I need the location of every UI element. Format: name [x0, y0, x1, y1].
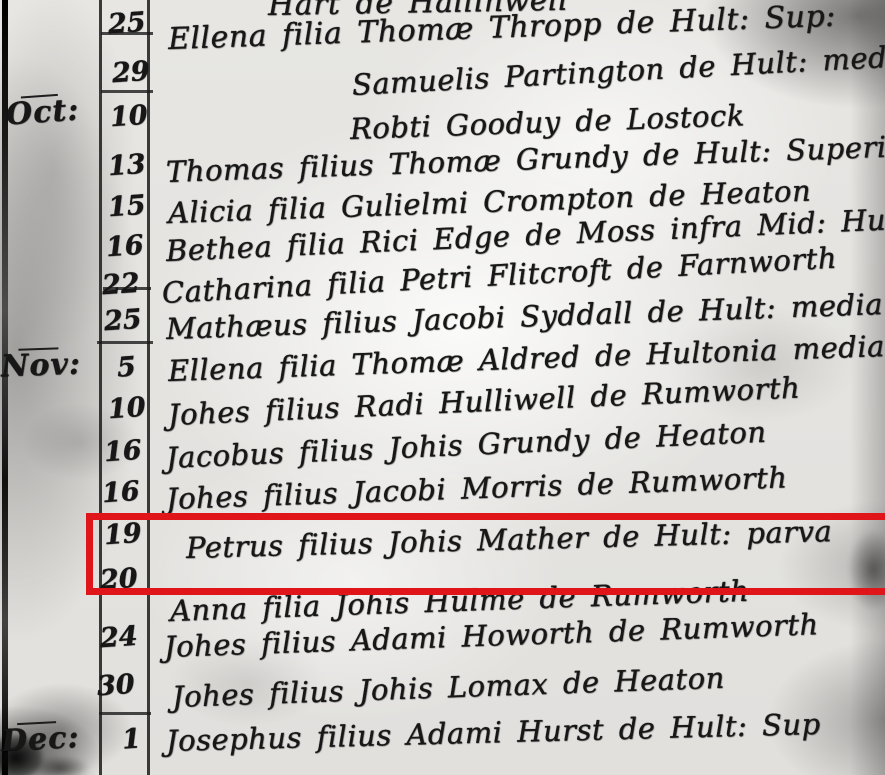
month-label: Nov: [0, 347, 81, 385]
entry-day-number: 10 [109, 100, 149, 134]
entry-day-number: 13 [107, 149, 147, 183]
entry-day-number: 15 [107, 190, 147, 224]
register-page: Hart de Hallinwell Oct: Nov: Dec: 25 29 … [0, 0, 885, 775]
entry-text: Josephus filius Adami Hurst de Hult: Sup [166, 707, 821, 758]
entry-day-number: 30 [96, 669, 136, 703]
entry-day-number: 25 [107, 7, 147, 41]
month-label: Oct: [5, 92, 81, 132]
entry-day-number: 10 [107, 392, 147, 426]
entry-day-number: 16 [105, 230, 145, 264]
entry-day-number: 25 [103, 304, 143, 338]
entry-day-number: 1 [121, 723, 142, 755]
entry-day-number: 24 [99, 621, 139, 655]
entry-day-number: 5 [116, 351, 137, 383]
entry-day-number: 29 [111, 56, 151, 90]
month-label: Dec: [0, 720, 80, 759]
entry-day-number: 16 [103, 435, 143, 469]
entry-day-number: 22 [101, 268, 141, 302]
entry-day-number: 16 [101, 476, 141, 510]
highlight-box [86, 513, 885, 595]
entry-text: Johes filius Johis Lomax de Heaton [171, 661, 725, 714]
entry-text: Samuelis Partington de Hult: media [351, 39, 885, 102]
